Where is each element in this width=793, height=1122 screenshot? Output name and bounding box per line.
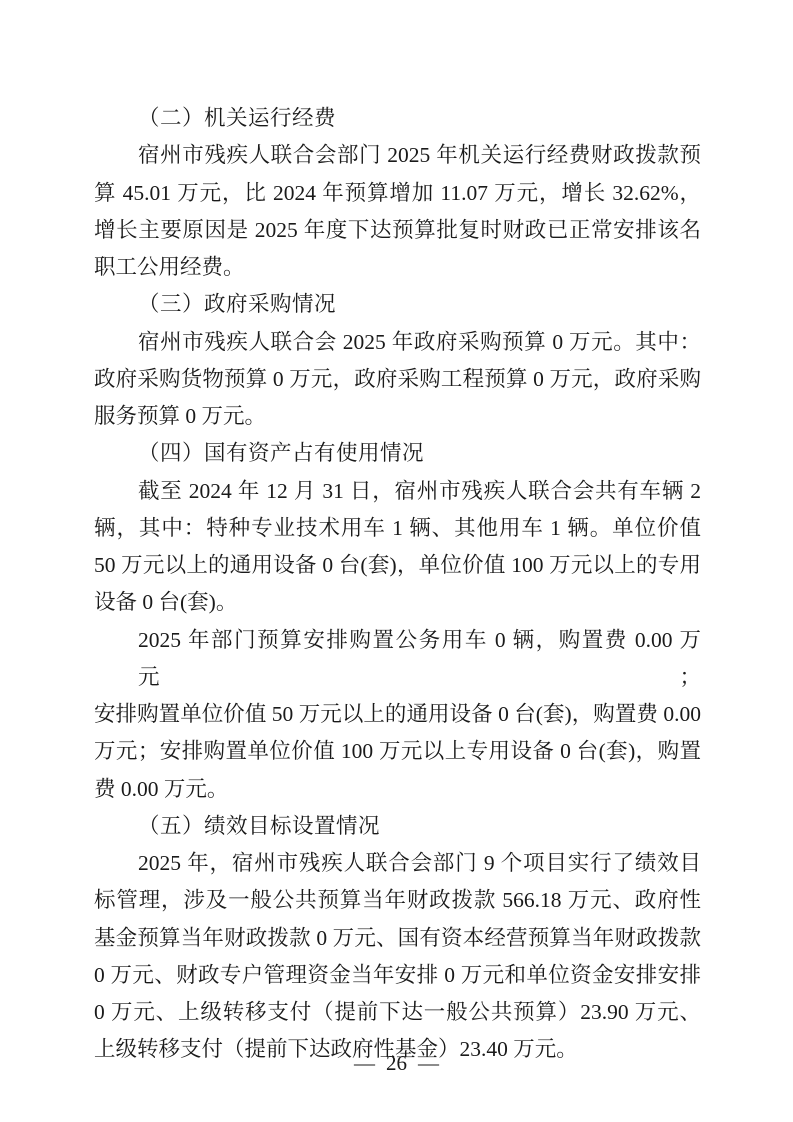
text-line: 政府采购货物预算 0 万元，政府采购工程预算 0 万元，政府采购	[94, 361, 701, 398]
page-number: 26	[386, 1050, 407, 1076]
text-line: 宿州市残疾人联合会部门 2025 年机关运行经费财政拨款预	[94, 137, 701, 174]
text-line: 服务预算 0 万元。	[94, 398, 701, 435]
page-footer: — 26 —	[0, 1050, 793, 1076]
heading-agency-operating-funds: （二）机关运行经费	[94, 100, 701, 137]
footer-dash-right: —	[418, 1050, 439, 1076]
text-line: 算 45.01 万元，比 2024 年预算增加 11.07 万元，增长 32.6…	[94, 175, 701, 212]
text-line: 0 万元、财政专户管理资金当年安排 0 万元和单位资金安排安排	[94, 957, 701, 994]
text-line: 2025 年，宿州市残疾人联合会部门 9 个项目实行了绩效目	[94, 845, 701, 882]
document-content: （二）机关运行经费 宿州市残疾人联合会部门 2025 年机关运行经费财政拨款预 …	[94, 100, 701, 1069]
text-line: 万元；安排购置单位价值 100 万元以上专用设备 0 台(套)，购置	[94, 733, 701, 770]
text-line: 2025 年部门预算安排购置公务用车 0 辆，购置费 0.00 万元；	[94, 622, 701, 697]
text-line: 职工公用经费。	[94, 249, 701, 286]
text-line: 费 0.00 万元。	[94, 771, 701, 808]
heading-performance-targets: （五）绩效目标设置情况	[94, 808, 701, 845]
text-line: 安排购置单位价值 50 万元以上的通用设备 0 台(套)，购置费 0.00	[94, 696, 701, 733]
heading-government-procurement: （三）政府采购情况	[94, 286, 701, 323]
text-line: 基金预算当年财政拨款 0 万元、国有资本经营预算当年财政拨款	[94, 920, 701, 957]
text-line: 设备 0 台(套)。	[94, 584, 701, 621]
text-line: 截至 2024 年 12 月 31 日，宿州市残疾人联合会共有车辆 2	[94, 473, 701, 510]
text-line: 增长主要原因是 2025 年度下达预算批复时财政已正常安排该名	[94, 212, 701, 249]
text-line: 50 万元以上的通用设备 0 台(套)，单位价值 100 万元以上的专用	[94, 547, 701, 584]
text-line: 宿州市残疾人联合会 2025 年政府采购预算 0 万元。其中：	[94, 324, 701, 361]
text-line: 标管理，涉及一般公共预算当年财政拨款 566.18 万元、政府性	[94, 882, 701, 919]
heading-state-owned-assets: （四）国有资产占有使用情况	[94, 435, 701, 472]
footer-dash-left: —	[354, 1050, 375, 1076]
text-line: 辆，其中：特种专业技术用车 1 辆、其他用车 1 辆。单位价值	[94, 510, 701, 547]
document-page: （二）机关运行经费 宿州市残疾人联合会部门 2025 年机关运行经费财政拨款预 …	[0, 0, 793, 1122]
text-line: 0 万元、上级转移支付（提前下达一般公共预算）23.90 万元、	[94, 994, 701, 1031]
